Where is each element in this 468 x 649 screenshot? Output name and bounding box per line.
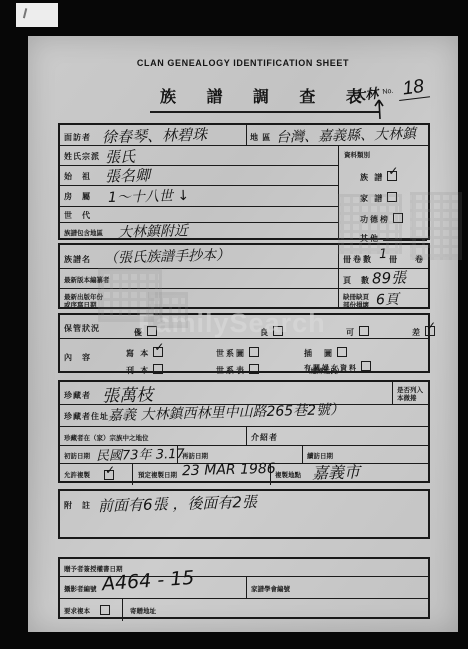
notes-value: 前面有6張 ，後面有2張: [98, 491, 257, 516]
lineage-table-checkbox: [249, 364, 259, 374]
volumes-unit-ce: 冊: [389, 254, 398, 265]
copy-request-label: 要求複本: [64, 606, 90, 615]
first-visit-value: 民國73年 3.17: [96, 443, 185, 464]
pages-label: 頁 數: [343, 275, 370, 286]
section-condition-content: 保管狀況 優 良 可 差✓ 內 容 寫 本✓ 世系圖 插 圖 刊 本 世系表 有…: [58, 313, 430, 373]
interviewer-value: 徐春琴、林碧珠: [102, 124, 208, 148]
second-visit-label: 再訪日期: [182, 451, 208, 460]
condition-poor-checkbox: ✓: [425, 326, 435, 336]
permission-checkbox: ✓: [104, 470, 114, 480]
film-note-number: 18: [396, 75, 430, 101]
women-data-checkbox: [361, 361, 371, 371]
section-basic-info: 面訪者 徐春琴、林碧珠 地 區 台灣、嘉義縣、大林鎮 姓氏宗派 張氏 始 祖 張…: [58, 123, 430, 240]
section-notes: 附 註 前面有6張 ，後面有2張: [58, 489, 430, 539]
category-header: 資料類別: [344, 150, 370, 159]
surname-label: 姓氏宗派: [64, 151, 100, 162]
condition-good-checkbox: [273, 326, 283, 336]
condition-fair-checkbox: [359, 326, 369, 336]
generation-label: 世 代: [64, 210, 91, 221]
section-keeper-visits: 珍藏者 張萬枝 是否列入 本微捲 珍藏者住址 嘉義 大林鎮西林里中山路265巷2…: [58, 380, 430, 483]
film-leader-patch: [16, 3, 58, 27]
content-label: 內 容: [64, 352, 91, 363]
notes-label: 附 註: [64, 500, 91, 511]
check-mark: ✓: [154, 340, 164, 354]
check-mark: ✓: [105, 463, 115, 477]
interviewer-label: 面訪者: [64, 132, 91, 143]
area-label: 地 區: [250, 132, 271, 143]
content-lineage-chart: 世系圖: [216, 343, 259, 361]
first-visit-label: 初訪日期: [64, 451, 90, 460]
coverage-value: 大林鎮附近: [118, 220, 188, 242]
compiler-label: 最新版本編纂者: [64, 275, 110, 284]
copy-place-value: 嘉義市: [312, 459, 361, 483]
missing-label-line2: 部份損壞: [343, 300, 369, 309]
branch-value: 1～十八世 ↓: [108, 185, 190, 207]
area-value: 台灣、嘉義縣、大林鎮: [276, 123, 416, 147]
address-label: 珍藏者住址: [64, 411, 109, 422]
book-title-label: 族譜名: [64, 254, 91, 265]
clan-genealogy-checkbox: ✓: [387, 171, 397, 181]
introducer-label: 介紹者: [251, 432, 278, 443]
missing-value: 6頁: [376, 289, 399, 310]
section-admin: 贈予者簽授權書日期 攝影者編號 A464 - 15 家譜學會編號 要求複本 寄贈…: [58, 557, 430, 619]
condition-label: 保管狀況: [64, 323, 100, 334]
volumes-value: 1: [379, 247, 388, 262]
content-lineage-table: 世系表: [216, 360, 259, 378]
women-data-note: （媳婦姓氏）: [304, 366, 343, 375]
society-label: 家譜學會編號: [251, 584, 290, 593]
copy-place-label: 複製地點: [275, 470, 301, 479]
keeper-label: 珍藏者: [64, 390, 91, 401]
third-visit-label: 續訪日期: [307, 451, 333, 460]
condition-fair: 可: [346, 322, 369, 340]
merit-board-checkbox: [393, 213, 403, 223]
volumes-label: 冊卷數: [343, 254, 373, 265]
photographer-label: 攝影者編號: [64, 584, 97, 593]
condition-excellent: 優: [134, 322, 157, 340]
form-title: 族 譜 調 查 表: [150, 84, 379, 113]
permission-label: 允許複製: [64, 470, 90, 479]
book-title-value: （張氏族譜手抄本）: [104, 244, 230, 267]
branch-label: 房 屬: [64, 191, 91, 202]
copy-request-checkbox: [100, 605, 110, 615]
volumes-unit-juan: 卷: [415, 254, 424, 265]
section-book-details: 族譜名 （張氏族譜手抄本） 冊卷數 1 冊 卷 最新版本編纂者 頁 數 89張 …: [58, 243, 430, 309]
condition-poor: 差✓: [412, 322, 435, 340]
checkbox-clan-genealogy: 族 譜✓: [360, 167, 397, 185]
lineage-chart-checkbox: [249, 347, 259, 357]
mailing-label: 寄贈地址: [130, 606, 156, 615]
manuscript-checkbox: ✓: [153, 347, 163, 357]
check-mark: ✓: [388, 164, 398, 178]
pubyear-label-line2: 或序寫日期: [64, 300, 97, 309]
ancestor-label: 始 祖: [64, 171, 91, 182]
illustrations-checkbox: [337, 347, 347, 357]
microfilm-label-line2: 本微捲: [397, 393, 417, 402]
condition-good: 良: [260, 322, 283, 340]
check-mark: ✓: [426, 319, 436, 333]
content-printed: 刊 本: [126, 360, 163, 378]
copy-date-label: 預定複製日期: [138, 470, 177, 479]
keeper-value: 張萬枝: [102, 380, 154, 406]
family-genealogy-checkbox: [387, 192, 397, 202]
other-blank-line: [383, 232, 427, 241]
pages-value: 89張: [372, 267, 407, 289]
position-label: 珍藏者在（家）宗族中之地位: [64, 433, 149, 442]
film-leader-mark: [23, 8, 33, 20]
ancestor-value: 張名卿: [105, 164, 151, 186]
checkbox-merit-board: 功德榜: [360, 209, 403, 227]
printed-checkbox: [153, 364, 163, 374]
handwritten-arrow-icon: [372, 94, 388, 120]
copy-date-value: 23 MAR 1986: [182, 461, 276, 479]
content-manuscript: 寫 本✓: [126, 343, 163, 361]
condition-excellent-checkbox: [147, 326, 157, 336]
english-title: CLAN GENEALOGY IDENTIFICATION SHEET: [28, 58, 458, 68]
coverage-label: 族譜包含地區: [64, 228, 103, 237]
checkbox-family-genealogy: 家 譜: [360, 188, 397, 206]
